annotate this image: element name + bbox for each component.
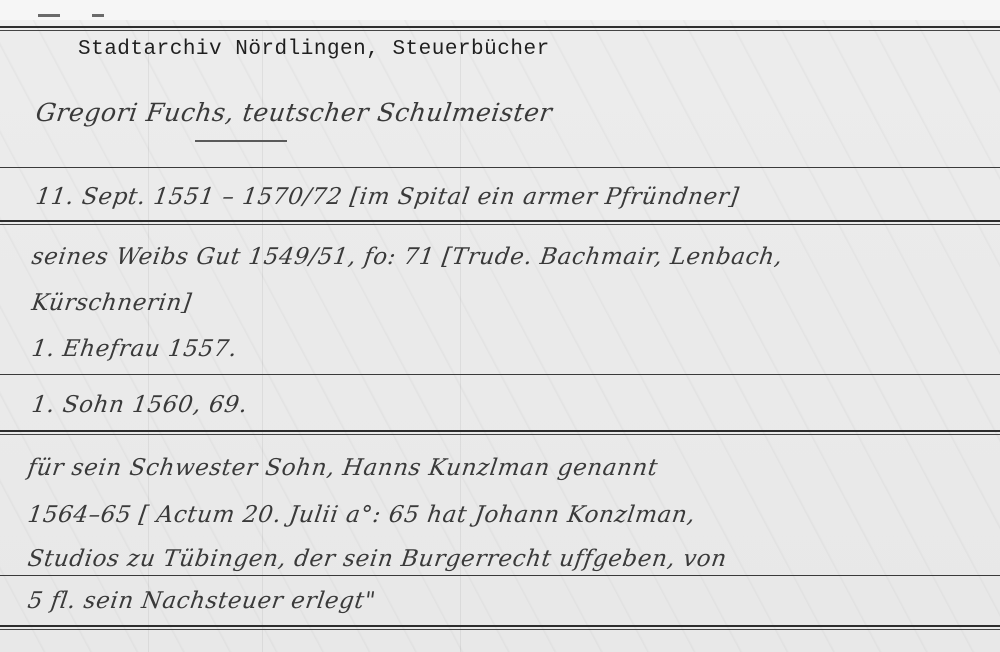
row-rule [0, 374, 1000, 375]
edge-mark [92, 14, 104, 17]
entry-nephew-line-2: 1564–65 [ Actum 20. Julii a°: 65 hat Joh… [26, 502, 697, 528]
header-rule [0, 26, 1000, 28]
person-name-line: Gregori Fuchs, teutscher Schulmeister [34, 98, 554, 127]
index-card: Stadtarchiv Nördlingen, Steuerbücher Gre… [0, 0, 1000, 652]
row-rule [0, 167, 1000, 168]
entry-nephew-line-4: 5 fl. sein Nachsteuer erlegt" [26, 588, 377, 614]
name-underline [195, 140, 287, 142]
archive-header: Stadtarchiv Nördlingen, Steuerbücher [78, 38, 550, 61]
edge-mark [38, 14, 60, 17]
row-rule [0, 220, 1000, 222]
entry-tenure: 11. Sept. 1551 – 1570/72 [im Spital ein … [34, 184, 741, 210]
row-rule [0, 575, 1000, 576]
entry-nephew-line-3: Studios zu Tübingen, der sein Burgerrech… [26, 546, 729, 572]
entry-wife-line-3: 1. Ehefrau 1557. [30, 336, 239, 362]
entry-son: 1. Sohn 1560, 69. [30, 392, 249, 418]
row-rule [0, 430, 1000, 432]
entry-wife-line-2: Kürschnerin] [30, 290, 193, 316]
card-top-edge [0, 0, 1000, 20]
entry-wife-line-1: seines Weibs Gut 1549/51, fo: 71 [Trude.… [30, 244, 784, 270]
entry-nephew-line-1: für sein Schwester Sohn, Hanns Kunzlman … [26, 455, 660, 481]
row-rule [0, 625, 1000, 627]
